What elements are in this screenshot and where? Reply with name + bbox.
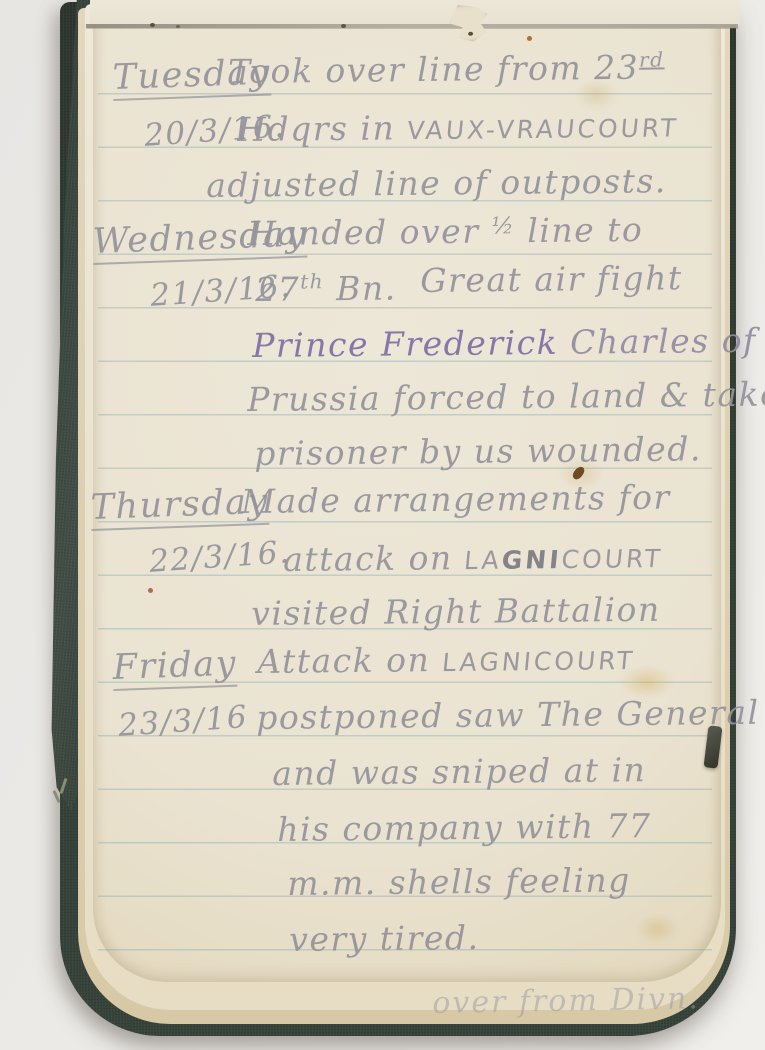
line-text: Took over line from 23 — [228, 48, 639, 91]
line-text: LA — [463, 546, 503, 575]
line-text: line to — [515, 210, 643, 250]
stain — [636, 914, 678, 944]
wednesday-line-2-note: Great air fight — [420, 258, 683, 300]
ordinal-suffix: rd — [639, 47, 665, 71]
line-text: 27 — [255, 270, 300, 309]
page-above-edge — [90, 0, 740, 25]
wednesday-line-3: Prince Frederick Charles of — [252, 321, 757, 365]
friday-day-label: Friday — [112, 644, 238, 691]
line-text: Bn. — [324, 269, 397, 309]
line-text: COURT — [561, 544, 665, 574]
paper-speck — [176, 25, 180, 28]
next-page-partial-text: over from Divn. — [432, 981, 700, 1021]
line-text: Prince Frederick — [252, 323, 558, 365]
diary-photo: over from Divn. Tuesday Took over line f… — [0, 0, 765, 1050]
line-text: attack on — [283, 538, 465, 579]
wednesday-line-5: prisoner by us wounded. — [254, 429, 702, 473]
place-name: VAUX-VRAUCOURT — [406, 113, 680, 145]
rust-speck — [527, 36, 532, 41]
ordinal-suffix: th — [300, 269, 324, 293]
friday-line-1: Attack on LAGNICOURT — [257, 638, 635, 681]
tuesday-line-2: Hdqrs in VAUX-VRAUCOURT — [237, 105, 679, 149]
overwritten-letters: GNI — [501, 545, 563, 575]
line-text: Handed over — [247, 211, 492, 253]
friday-line-4: his company with 77 — [277, 806, 652, 849]
friday-line-6: very tired. — [289, 918, 480, 959]
thursday-line-1: Made arrangements for — [241, 478, 671, 521]
line-text: Charles of — [558, 321, 757, 362]
wednesday-line-1: Handed over ½ line to — [247, 210, 643, 253]
thursday-line-2: attack on LAGNICOURT — [283, 536, 663, 579]
place-name: LAGNICOURT — [441, 646, 637, 677]
place-name: LAGNICOURT — [463, 544, 664, 575]
tuesday-line-3: adjusted line of outposts. — [206, 161, 667, 205]
paper-speck — [150, 23, 155, 27]
line-text: Hdqrs in — [237, 108, 407, 149]
red-fleck — [148, 588, 153, 593]
tuesday-line-1: Took over line from 23rd — [228, 47, 665, 91]
paper-speck — [468, 32, 473, 37]
thursday-line-3: visited Right Battalion — [251, 590, 661, 633]
page-fold-line — [86, 24, 738, 28]
wednesday-line-4: Prussia forced to land & taken — [247, 374, 765, 419]
line-text: Attack on — [257, 640, 442, 681]
paper-speck — [341, 24, 346, 28]
friday-line-3: and was sniped at in — [272, 750, 647, 793]
wednesday-line-2: 27th Bn. — [255, 269, 397, 309]
friday-line-2: postponed saw The General — [256, 693, 760, 737]
friday-line-5: m.m. shells feeling — [287, 860, 631, 903]
fraction: ½ — [491, 213, 515, 239]
